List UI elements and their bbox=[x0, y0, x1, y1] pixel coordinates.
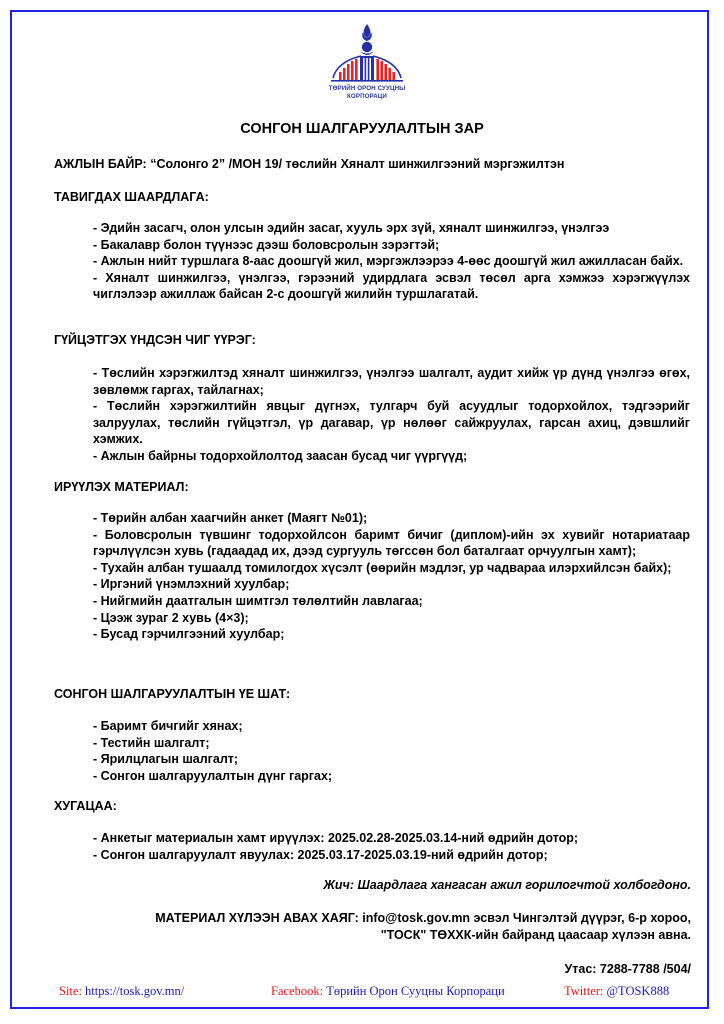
site-link[interactable]: https://tosk.gov.mn/ bbox=[85, 984, 184, 998]
section-heading-requirements: ТАВИГДАХ ШААРДЛАГА: bbox=[54, 190, 209, 204]
logo-text-line1: ТӨРИЙН ОРОН СУУЦНЫ bbox=[327, 85, 407, 92]
list-item: - Сонгон шалгаруулалтын дүнг гаргах; bbox=[93, 768, 690, 785]
list-item: - Ажлын нийт туршлага 8-аас доошгүй жил,… bbox=[93, 253, 690, 270]
list-item: - Баримт бичгийг хянах; bbox=[93, 718, 690, 735]
section-heading-materials: ИРҮҮЛЭХ МАТЕРИАЛ: bbox=[54, 480, 189, 494]
list-item: - Төслийн хэрэгжилтийн явцыг дүгнэх, тул… bbox=[93, 398, 690, 448]
position-value: “Солонго 2” /МОН 19/ төслийн Хяналт шинж… bbox=[150, 157, 564, 171]
stages-list: - Баримт бичгийг хянах; - Тестийн шалгал… bbox=[93, 718, 690, 784]
list-item: - Хяналт шинжилгээ, үнэлгээ, гэрээний уд… bbox=[93, 270, 690, 303]
list-item: - Бусад гэрчилгээний хуулбар; bbox=[93, 626, 690, 643]
position-line: АЖЛЫН БАЙР: “Солонго 2” /МОН 19/ төслийн… bbox=[54, 157, 564, 171]
deadline-list: - Анкетыг материалын хамт ирүүлэх: 2025.… bbox=[93, 830, 690, 863]
list-item: - Бакалавр болон түүнээс дээш боловсролы… bbox=[93, 237, 690, 254]
page-title: СОНГОН ШАЛГАРУУЛАЛТЫН ЗАР bbox=[0, 121, 724, 137]
materials-list: - Төрийн албан хаагчийн анкет (Маягт №01… bbox=[93, 510, 690, 643]
section-heading-duties: ГҮЙЦЭТГЭХ ҮНДСЭН ЧИГ ҮҮРЭГ: bbox=[54, 333, 256, 347]
footer-facebook: Facebook: Төрийн Орон Сууцны Корпораци bbox=[271, 984, 505, 999]
soyombo-building-icon bbox=[327, 22, 407, 84]
footer-site: Site: https://tosk.gov.mn/ bbox=[59, 984, 184, 999]
list-item: - Ажлын байрны тодорхойлолтод заасан бус… bbox=[93, 448, 690, 465]
requirements-list: - Эдийн засагч, олон улсын эдийн засаг, … bbox=[93, 220, 690, 303]
duties-list: - Төслийн хэрэгжилтэд хяналт шинжилгээ, … bbox=[93, 365, 690, 465]
list-item: - Цээж зураг 2 хувь (4×3); bbox=[93, 610, 690, 627]
facebook-link[interactable]: Төрийн Орон Сууцны Корпораци bbox=[326, 984, 504, 998]
twitter-label: Twitter: bbox=[564, 984, 603, 998]
list-item: - Анкетыг материалын хамт ирүүлэх: 2025.… bbox=[93, 830, 690, 847]
phone-number: Утас: 7288-7788 /504/ bbox=[565, 962, 692, 976]
list-item: - Ярилцлагын шалгалт; bbox=[93, 751, 690, 768]
address-line2: "ТОСК" ТӨХХК-ийн байранд цаасаар хүлээн … bbox=[155, 927, 691, 944]
section-heading-stages: СОНГОН ШАЛГАРУУЛАЛТЫН ҮЕ ШАТ: bbox=[54, 687, 290, 701]
position-label: АЖЛЫН БАЙР: bbox=[54, 157, 147, 171]
list-item: - Төслийн хэрэгжилтэд хяналт шинжилгээ, … bbox=[93, 365, 690, 398]
address-block: МАТЕРИАЛ ХҮЛЭЭН АВАХ ХАЯГ: info@tosk.gov… bbox=[155, 910, 691, 943]
list-item: - Тестийн шалгалт; bbox=[93, 735, 690, 752]
list-item: - Төрийн албан хаагчийн анкет (Маягт №01… bbox=[93, 510, 690, 527]
list-item: - Иргэний үнэмлэхний хуулбар; bbox=[93, 576, 690, 593]
twitter-link[interactable]: @TOSK888 bbox=[607, 984, 670, 998]
list-item: - Нийгмийн даатгалын шимтгэл төлөлтийн л… bbox=[93, 593, 690, 610]
site-label: Site: bbox=[59, 984, 82, 998]
list-item: - Тухайн албан тушаалд томилогдох хүсэлт… bbox=[93, 560, 690, 577]
logo-text-line2: КОРПОРАЦИ bbox=[327, 93, 407, 100]
note-text: Жич: Шаардлага хангасан ажил горилогчтой… bbox=[323, 878, 691, 892]
list-item: - Сонгон шалгаруулалт явуулах: 2025.03.1… bbox=[93, 847, 690, 864]
list-item: - Боловсролын түвшинг тодорхойлсон барим… bbox=[93, 527, 690, 560]
footer-twitter: Twitter: @TOSK888 bbox=[564, 984, 669, 999]
list-item: - Эдийн засагч, олон улсын эдийн засаг, … bbox=[93, 220, 690, 237]
company-logo: ТӨРИЙН ОРОН СУУЦНЫ КОРПОРАЦИ bbox=[327, 22, 407, 106]
facebook-label: Facebook: bbox=[271, 984, 323, 998]
address-line1: МАТЕРИАЛ ХҮЛЭЭН АВАХ ХАЯГ: info@tosk.gov… bbox=[155, 910, 691, 927]
section-heading-deadline: ХУГАЦАА: bbox=[54, 799, 117, 813]
